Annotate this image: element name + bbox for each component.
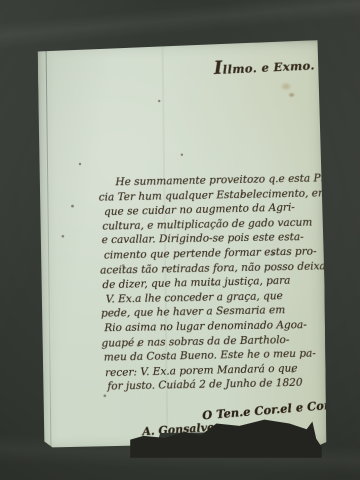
paper-sheet: Illmo. e Exmo. Senhor He summamente prov… xyxy=(38,40,328,451)
stain-top-right-dark xyxy=(287,91,296,98)
fold-crease-left xyxy=(46,43,52,451)
letter-body: He summamente proveitozo q.e esta Provin… xyxy=(98,171,328,394)
